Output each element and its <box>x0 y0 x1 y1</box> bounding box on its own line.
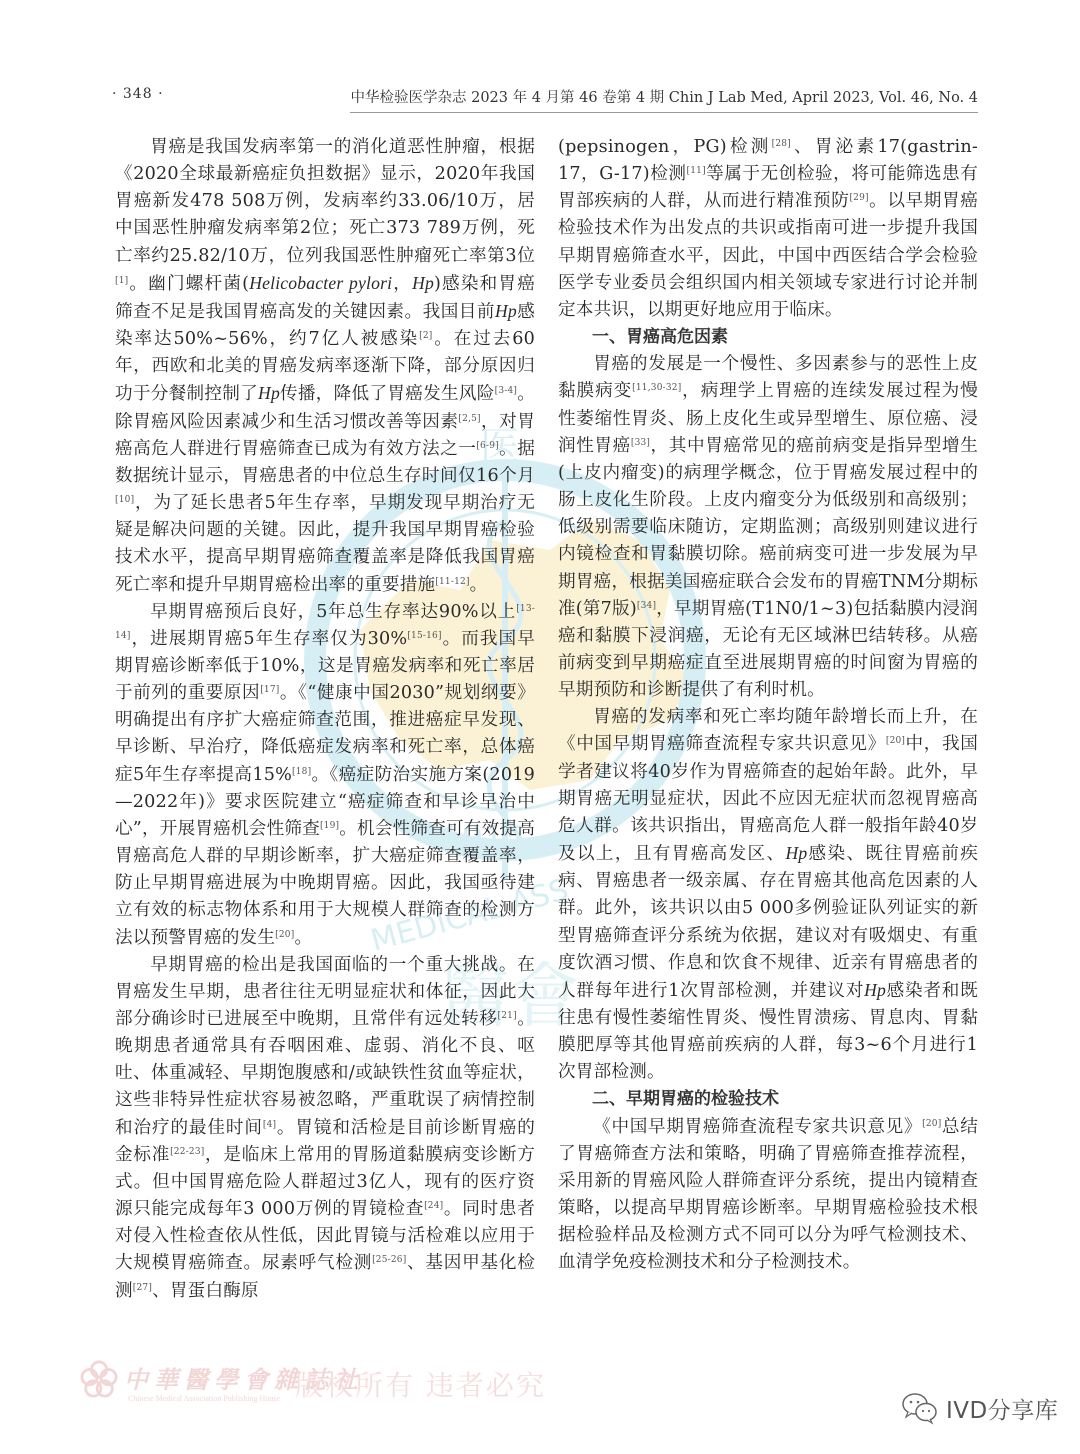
citation: [28] <box>772 139 791 149</box>
citation: [20] <box>922 1119 941 1129</box>
citation: [19] <box>320 821 339 831</box>
citation: [29] <box>849 193 868 203</box>
citation: [11-12] <box>435 577 469 587</box>
citation: [4] <box>263 1120 276 1130</box>
paragraph-cancer-development: 胃癌的发展是一个慢性、多因素参与的恶性上皮黏膜病变[11,30-32]，病理学上… <box>558 351 978 704</box>
page-number: · 348 · <box>112 86 164 102</box>
citation: [18] <box>292 767 311 777</box>
section-heading-detection-tech: 二、早期胃癌的检验技术 <box>558 1086 978 1113</box>
publisher-name-en: Chinese Medical Association Publishing H… <box>128 1394 280 1403</box>
section-heading-risk-factors: 一、胃癌高危因素 <box>558 324 978 351</box>
running-head: 中华检验医学杂志 2023 年 4 月第 46 卷第 4 期 Chin J La… <box>350 86 978 113</box>
paragraph-age-screening: 胃癌的发病率和死亡率均随年龄增长而上升，在《中国早期胃癌筛查流程专家共识意见》[… <box>558 704 978 1086</box>
citation: [33] <box>631 438 650 448</box>
citation: [21] <box>498 1011 517 1021</box>
citation: [2,5] <box>458 414 480 424</box>
publisher-flower-icon <box>80 1360 118 1398</box>
citation: [6-9] <box>476 441 499 451</box>
citation: [11,30-32] <box>632 383 681 393</box>
copyright-notice: 版权所有 违者必究 <box>295 1364 546 1404</box>
citation: [2] <box>419 331 432 341</box>
citation: [24] <box>424 1201 443 1211</box>
left-column: 胃癌是我国发病率第一的消化道恶性肿瘤，根据《2020全球最新癌症负担数据》显示，… <box>115 134 535 1305</box>
citation: [11] <box>687 166 706 176</box>
wechat-account-name: IVD分享库 <box>946 1392 1058 1425</box>
paragraph-detection-challenge: 早期胃癌的检出是我国面临的一个重大挑战。在胃癌发生早期，患者往往无明显症状和体征… <box>115 952 535 1305</box>
citation: [3-4] <box>495 386 518 396</box>
wechat-account-badge: IVD分享库 <box>900 1390 1058 1426</box>
citation: [20] <box>275 930 294 940</box>
citation: [25-26] <box>372 1255 406 1265</box>
paragraph-early-prognosis: 早期胃癌预后良好，5年总生存率达90%以上[13-14]，进展期胃癌5年生存率仅… <box>115 599 535 952</box>
citation: [22-23] <box>170 1147 204 1157</box>
paragraph-continued: (pepsinogen，PG)检测[28]、胃泌素17(gastrin-17，G… <box>558 134 978 324</box>
citation: [17] <box>260 685 279 695</box>
wechat-icon <box>900 1391 940 1425</box>
citation: [10] <box>115 495 134 505</box>
citation: [15-16] <box>407 631 441 641</box>
paragraph-consensus-summary: 《中国早期胃癌筛查流程专家共识意见》[20]总结了胃癌筛查方法和策略，明确了胃癌… <box>558 1114 978 1277</box>
paragraph-intro: 胃癌是我国发病率第一的消化道恶性肿瘤，根据《2020全球最新癌症负担数据》显示，… <box>115 134 535 599</box>
page-header: · 348 · 中华检验医学杂志 2023 年 4 月第 46 卷第 4 期 C… <box>112 86 978 110</box>
citation: [27] <box>133 1283 152 1293</box>
citation: [1] <box>115 276 128 286</box>
right-column: (pepsinogen，PG)检测[28]、胃泌素17(gastrin-17，G… <box>558 134 978 1277</box>
citation: [34] <box>637 601 656 611</box>
publisher-watermark: 中華醫學會雜誌社 Chinese Medical Association Pub… <box>80 1360 600 1420</box>
citation: [20] <box>886 736 905 746</box>
